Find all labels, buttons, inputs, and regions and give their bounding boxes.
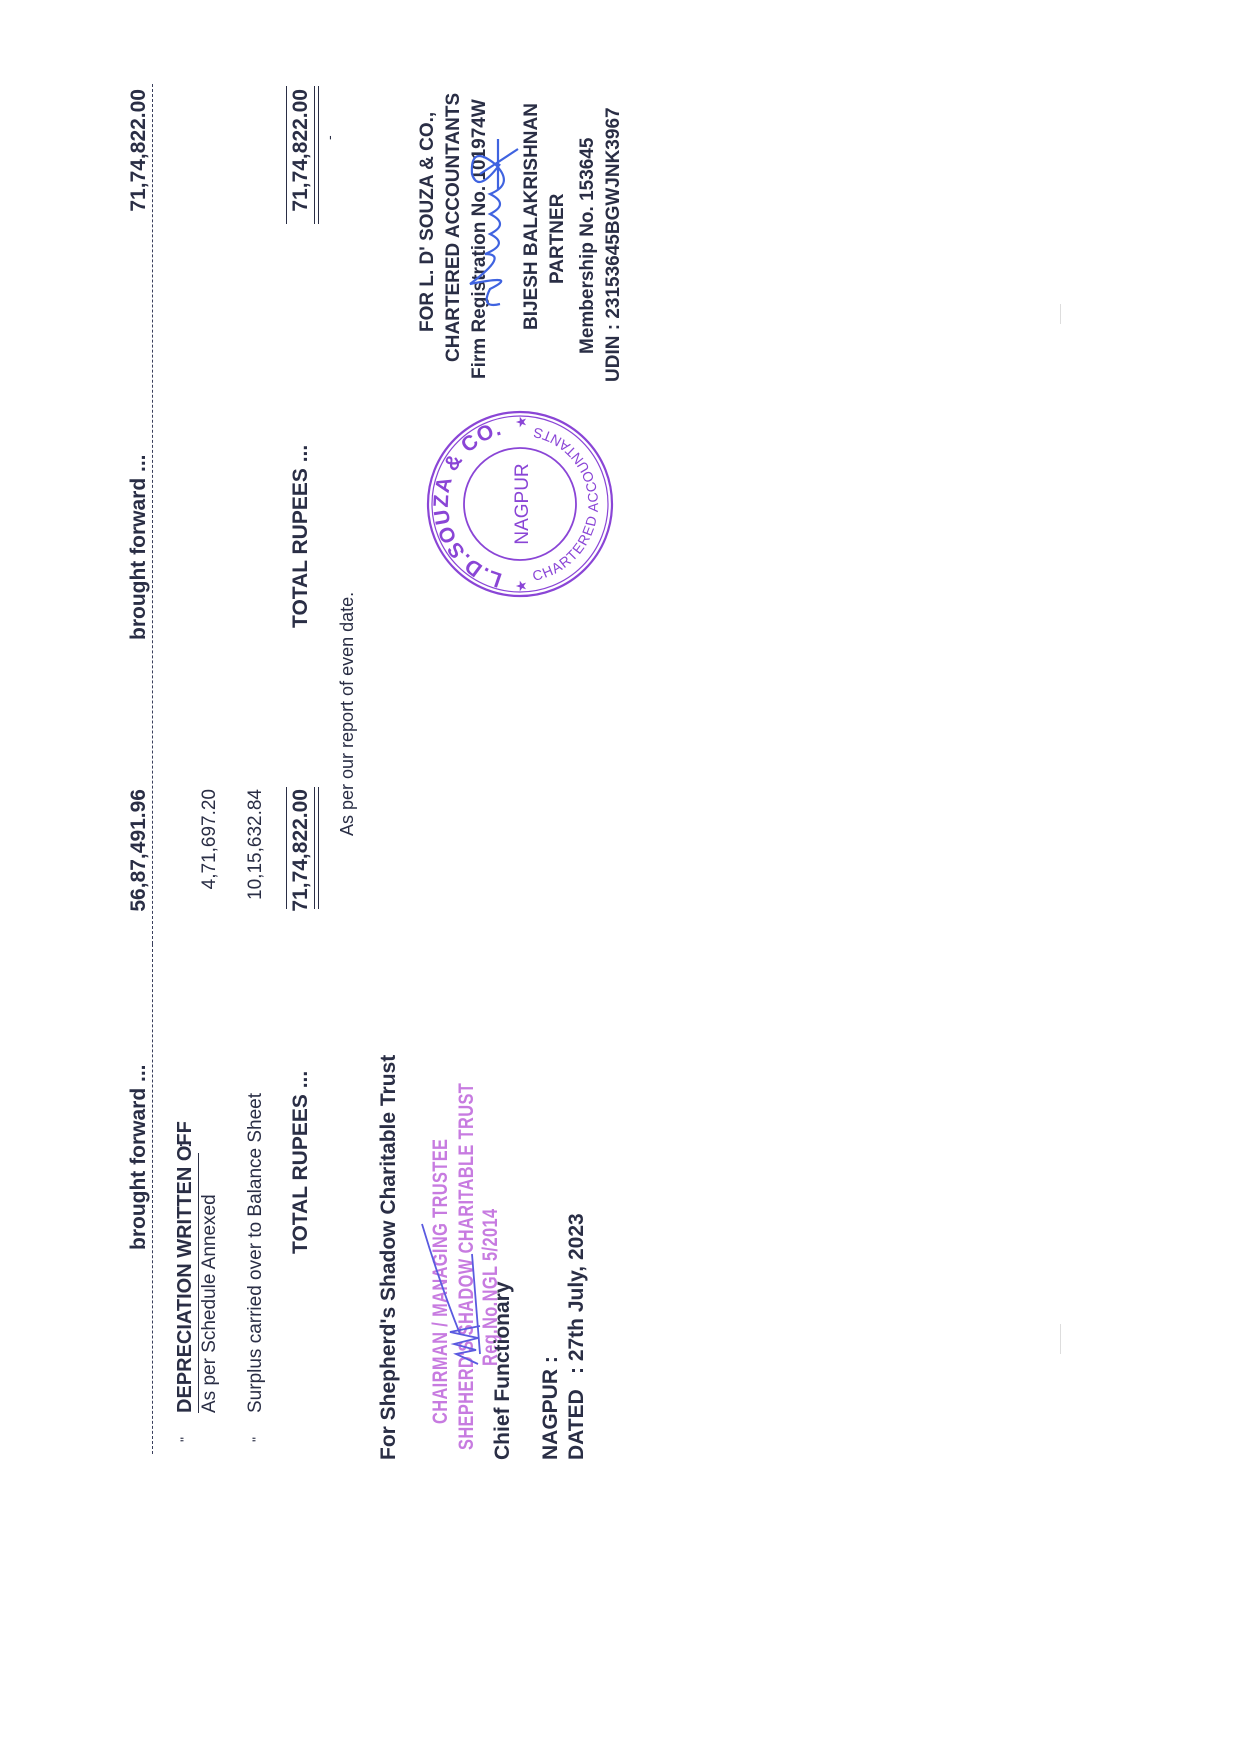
right-total-double-rule — [314, 86, 319, 224]
partner-name: BIJESH BALAKRISHNAN — [522, 103, 541, 330]
depreciation-heading: DEPRECIATION WRITTEN OFF — [175, 1121, 195, 1413]
trust-for-line: For Shepherd's Shadow Charitable Trust — [378, 1055, 399, 1460]
right-total-top-rule — [286, 86, 287, 224]
left-total-amount: 71,74,822.00 — [290, 789, 311, 914]
membership-number: Membership No. 153645 — [578, 138, 597, 354]
trustee-signature — [420, 1214, 490, 1374]
svg-text:CHARTERED ACCOUNTANTS: CHARTERED ACCOUNTANTS — [531, 424, 601, 584]
report-note: As per our report of even date. — [338, 592, 356, 836]
ditto-mark-2: " — [250, 1437, 264, 1442]
chief-functionary-label: Chief Functionary — [492, 1281, 513, 1460]
scan-mark — [1060, 1324, 1061, 1354]
right-total-label: TOTAL RUPEES ... — [290, 445, 311, 628]
right-brought-forward-amount: 71,74,822.00 — [128, 89, 149, 234]
left-brought-forward-amount: 56,87,491.96 — [128, 789, 149, 914]
svg-text:NAGPUR: NAGPUR — [512, 463, 533, 544]
svg-text:★: ★ — [513, 580, 529, 593]
right-total-amount: 71,74,822.00 — [290, 89, 311, 234]
udin: UDIN : 23153645BGWJNK3967 — [604, 107, 623, 382]
income-expenditure-page: brought forward ... 56,87,491.96 " DEPRE… — [0, 0, 1240, 1754]
scan-mark — [1060, 304, 1061, 324]
svg-text:★: ★ — [513, 416, 529, 429]
surplus-label: Surplus carried over to Balance Sheet — [246, 1093, 265, 1413]
place-label: NAGPUR : — [540, 1356, 561, 1460]
left-brought-forward-label: brought forward ... — [128, 1065, 149, 1250]
firm-seal: L.D.SOUZA & CO. CHARTERED ACCOUNTANTS NA… — [420, 404, 620, 604]
as-per-schedule-label: As per Schedule Annexed — [200, 1194, 219, 1413]
left-total-top-rule — [286, 787, 287, 909]
left-total-double-rule — [314, 787, 319, 909]
partner-title: PARTNER — [548, 194, 567, 284]
svg-text:L.D.SOUZA & CO.: L.D.SOUZA & CO. — [430, 417, 505, 592]
left-dashed-rule — [152, 944, 153, 1454]
auditor-firm-line: FOR L. D' SOUZA & CO., — [418, 112, 437, 332]
dash-mark: - — [322, 135, 336, 140]
right-dashed-rule — [152, 84, 153, 944]
ditto-mark-1: " — [178, 1437, 192, 1442]
date-value: : 27th July, 2023 — [566, 1213, 587, 1374]
dated-label: DATED — [566, 1389, 587, 1460]
right-brought-forward-label: brought forward ... — [128, 455, 149, 640]
depreciation-colon: : — [175, 1142, 195, 1148]
as-per-schedule-amount: 4,71,697.20 — [200, 789, 219, 914]
surplus-amount: 10,15,632.84 — [246, 789, 265, 914]
auditor-signature — [460, 124, 530, 314]
left-total-label: TOTAL RUPEES ... — [290, 1071, 311, 1254]
